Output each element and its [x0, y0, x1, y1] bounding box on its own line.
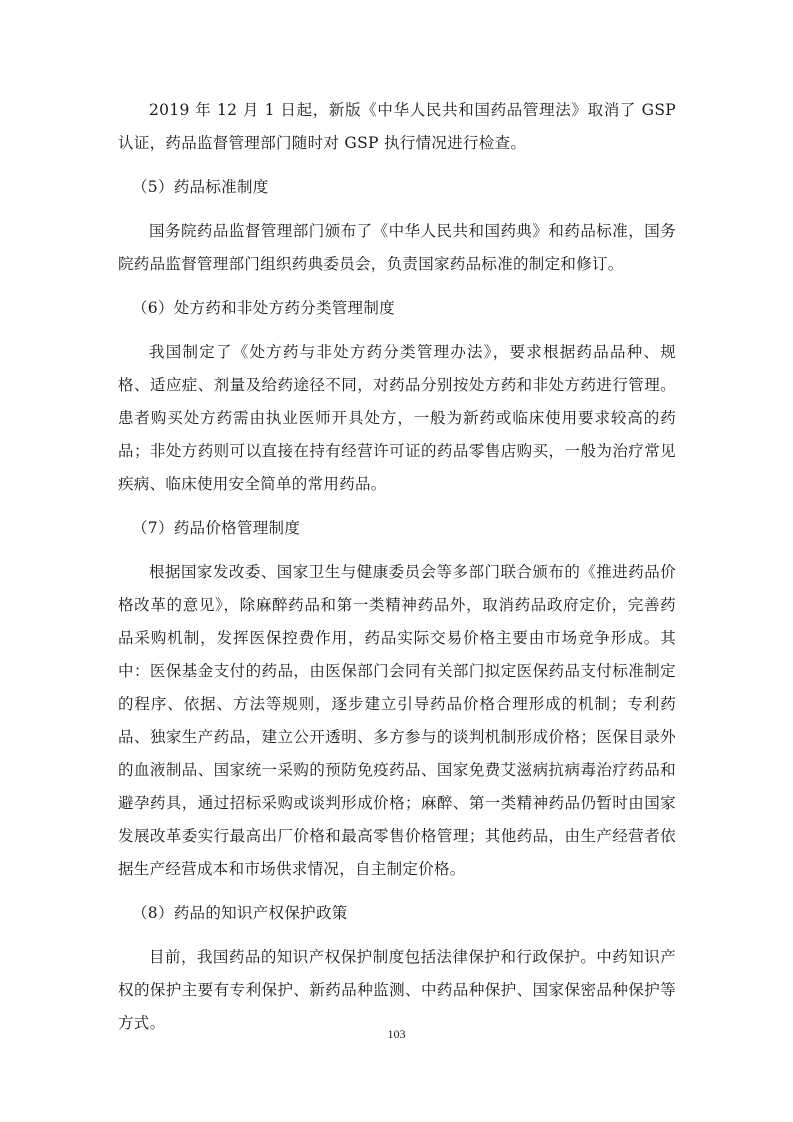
- page-number: 103: [0, 1027, 793, 1042]
- heading-ip-protection: （8）药品的知识产权保护政策: [118, 897, 676, 930]
- heading-drug-standards: （5）药品标准制度: [118, 171, 676, 204]
- document-body: 2019 年 12 月 1 日起，新版《中华人民共和国药品管理法》取消了 GSP…: [118, 94, 676, 1051]
- paragraph-gsp: 2019 年 12 月 1 日起，新版《中华人民共和国药品管理法》取消了 GSP…: [118, 94, 676, 160]
- heading-drug-pricing: （7）药品价格管理制度: [118, 512, 676, 545]
- paragraph-drug-standards: 国务院药品监督管理部门颁布了《中华人民共和国药典》和药品标准，国务院药品监督管理…: [118, 215, 676, 281]
- paragraph-drug-pricing: 根据国家发改委、国家卫生与健康委员会等多部门联合颁布的《推进药品价格改革的意见》…: [118, 556, 676, 886]
- paragraph-ip-protection: 目前，我国药品的知识产权保护制度包括法律保护和行政保护。中药知识产权的保护主要有…: [118, 941, 676, 1040]
- heading-prescription-classification: （6）处方药和非处方药分类管理制度: [118, 292, 676, 325]
- paragraph-prescription-classification: 我国制定了《处方药与非处方药分类管理办法》，要求根据药品品种、规格、适应症、剂量…: [118, 336, 676, 501]
